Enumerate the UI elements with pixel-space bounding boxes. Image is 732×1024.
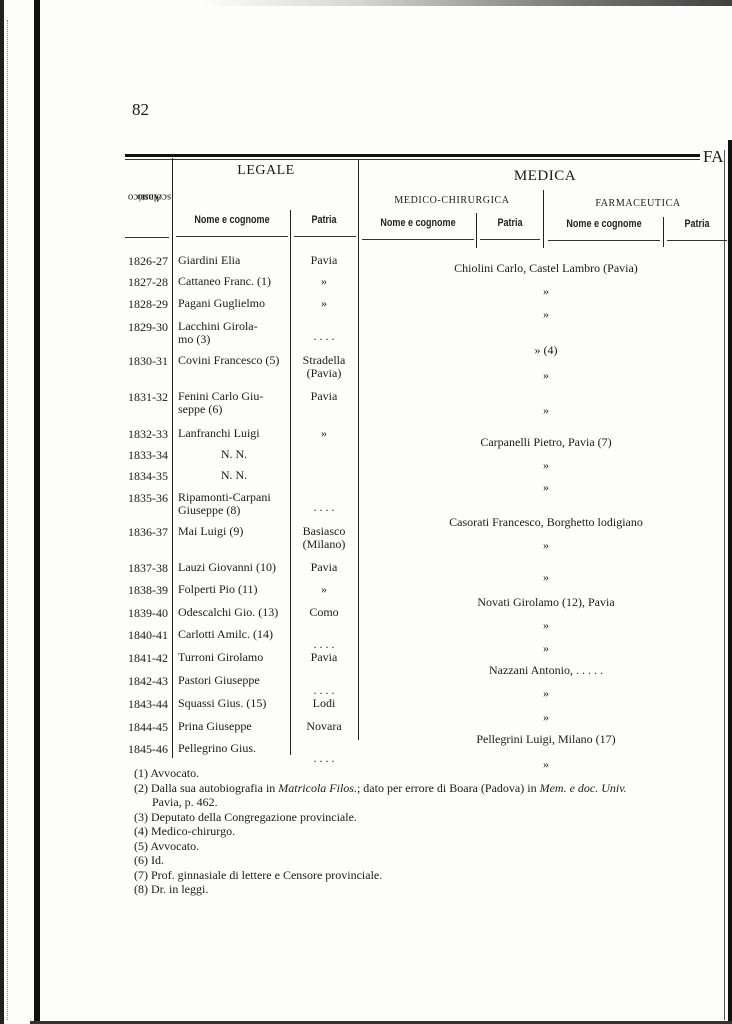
rule-mc-patria [480, 239, 540, 240]
patria-cell: Como [292, 606, 356, 619]
medica-cell: Casorati Francesco, Borghetto lodigiano [362, 515, 730, 530]
anno-scolastico-header: Annoscolastico [128, 172, 170, 222]
year-cell: 1833-34 [112, 448, 168, 463]
running-head: FA [703, 147, 723, 167]
year-cell: 1836-37 [112, 525, 168, 540]
patria-cell: Pavia [292, 254, 356, 267]
name-cell: Turroni Girolamo [178, 651, 290, 664]
year-cell: 1844-45 [112, 720, 168, 735]
name-cell: N. N. [178, 448, 290, 461]
medica-cell: » [362, 641, 730, 656]
legale-nome-header: Nome e cognome [186, 214, 278, 226]
footnote-2: (2) Dalla sua autobiografia in Matricola… [134, 781, 724, 810]
name-cell: Giardini Elia [178, 254, 290, 267]
patria-cell: . . . . [292, 330, 356, 343]
patria-cell: Stradella(Pavia) [292, 354, 356, 380]
medico-chirurgica-header: MEDICO-CHIRURGICA [362, 195, 542, 206]
farmaceutica-header: FARMACEUTICA [546, 198, 730, 209]
medica-cell: » [362, 710, 730, 725]
scan-noise-left [7, 20, 9, 1020]
year-cell: 1842-43 [112, 674, 168, 689]
name-cell: N. N. [178, 469, 290, 482]
patria-cell: Pavia [292, 390, 356, 403]
patria-cell: » [292, 275, 356, 288]
rule-year-head [125, 237, 169, 238]
name-cell: Odescalchi Gio. (13) [178, 606, 290, 619]
year-cell: 1831-32 [112, 390, 168, 405]
name-cell: Fenini Carlo Giu-seppe (6) [178, 390, 290, 416]
medica-cell: Novati Girolamo (12), Pavia [362, 595, 730, 610]
rule-farm-nome [548, 240, 660, 241]
legale-patria-header: Patria [298, 214, 350, 226]
table-top-rule-thin [125, 159, 700, 160]
mc-patria-header: Patria [484, 217, 536, 229]
name-cell: Pastori Giuseppe [178, 674, 290, 687]
patria-cell: Basiasco(Milano) [292, 525, 356, 551]
footnote-5: (5) Avvocato. [134, 839, 724, 854]
patria-cell: Lodi [292, 697, 356, 710]
medica-cell: » (4) [362, 343, 730, 358]
medica-cell: » [362, 403, 730, 418]
medica-cell: » [362, 307, 730, 322]
name-cell: Pellegrino Gius. [178, 742, 290, 755]
medica-cell: » [362, 458, 730, 473]
medica-cell: Carpanelli Pietro, Pavia (7) [362, 435, 730, 450]
legale-header: LEGALE [175, 163, 357, 179]
patria-cell: Pavia [292, 561, 356, 574]
rule-legale-patria [294, 236, 356, 237]
patria-cell: . . . . [292, 752, 356, 765]
footnotes: (1) Avvocato. (2) Dalla sua autobiografi… [134, 766, 724, 897]
year-cell: 1845-46 [112, 742, 168, 757]
divider-farm-patria [663, 217, 664, 247]
divider-legale-patria [290, 210, 291, 755]
footnote-3: (3) Deputato della Congregazione provinc… [134, 810, 724, 825]
medica-cell: » [362, 570, 730, 585]
scan-edge-right-inner [724, 150, 725, 1020]
divider-year [172, 158, 173, 758]
footnote-8: (8) Dr. in leggi. [134, 882, 724, 897]
divider-mc-patria [476, 213, 477, 248]
patria-cell: » [292, 427, 356, 440]
medica-cell: » [362, 686, 730, 701]
anno-header-line2: scolastico [127, 192, 170, 203]
rule-farm-patria [667, 240, 727, 241]
year-cell: 1827-28 [112, 275, 168, 290]
name-cell: Carlotti Amilc. (14) [178, 628, 290, 641]
patria-cell: Novara [292, 720, 356, 733]
mc-nome-header: Nome e cognome [372, 217, 464, 229]
footnote-6: (6) Id. [134, 853, 724, 868]
year-cell: 1843-44 [112, 697, 168, 712]
year-cell: 1826-27 [112, 254, 168, 269]
year-cell: 1828-29 [112, 297, 168, 312]
name-cell: Pagani Guglielmo [178, 297, 290, 310]
year-cell: 1839-40 [112, 606, 168, 621]
medica-cell: » [362, 368, 730, 383]
patria-cell: . . . . [292, 501, 356, 514]
divider-mc-farm [543, 190, 544, 248]
medica-cell: Chiolini Carlo, Castel Lambro (Pavia) [362, 261, 730, 276]
year-cell: 1829-30 [112, 320, 168, 335]
year-cell: 1841-42 [112, 651, 168, 666]
page-gutter-shadow [34, 0, 40, 1024]
medica-cell: » [362, 480, 730, 495]
medica-cell: » [362, 284, 730, 299]
name-cell: Covini Francesco (5) [178, 354, 290, 367]
name-cell: Cattaneo Franc. (1) [178, 275, 290, 288]
divider-legale-medica [358, 160, 359, 740]
year-cell: 1830-31 [112, 354, 168, 369]
rule-mc-nome [362, 239, 474, 240]
footnote-7: (7) Prof. ginnasiale di lettere e Censor… [134, 868, 724, 883]
page-number: 82 [132, 100, 149, 120]
medica-cell: » [362, 618, 730, 633]
farm-nome-header: Nome e cognome [558, 218, 650, 230]
name-cell: Lacchini Girola-mo (3) [178, 320, 290, 346]
medica-header: MEDICA [360, 168, 730, 185]
year-cell: 1834-35 [112, 469, 168, 484]
year-cell: 1835-36 [112, 491, 168, 506]
year-cell: 1840-41 [112, 628, 168, 643]
patria-cell: » [292, 583, 356, 596]
medica-cell: Pellegrini Luigi, Milano (17) [362, 732, 730, 747]
scan-noise-top [200, 0, 732, 6]
name-cell: Ripamonti-CarpaniGiuseppe (8) [178, 491, 290, 517]
farm-patria-header: Patria [672, 218, 723, 230]
name-cell: Folperti Pio (11) [178, 583, 290, 596]
name-cell: Prina Giuseppe [178, 720, 290, 733]
scan-edge-left [0, 0, 4, 1024]
medica-cell: Nazzani Antonio, . . . . . [362, 663, 730, 678]
patria-cell: » [292, 297, 356, 310]
footnote-4: (4) Medico-chirurgo. [134, 824, 724, 839]
rule-legale-nome [176, 236, 288, 237]
year-cell: 1837-38 [112, 561, 168, 576]
patria-cell: Pavia [292, 651, 356, 664]
table-top-rule [125, 154, 700, 157]
name-cell: Squassi Gius. (15) [178, 697, 290, 710]
name-cell: Lauzi Giovanni (10) [178, 561, 290, 574]
year-cell: 1832-33 [112, 427, 168, 442]
name-cell: Mai Luigi (9) [178, 525, 290, 538]
name-cell: Lanfranchi Luigi [178, 427, 290, 440]
medica-cell: » [362, 538, 730, 553]
year-cell: 1838-39 [112, 583, 168, 598]
footnote-1: (1) Avvocato. [134, 766, 724, 781]
